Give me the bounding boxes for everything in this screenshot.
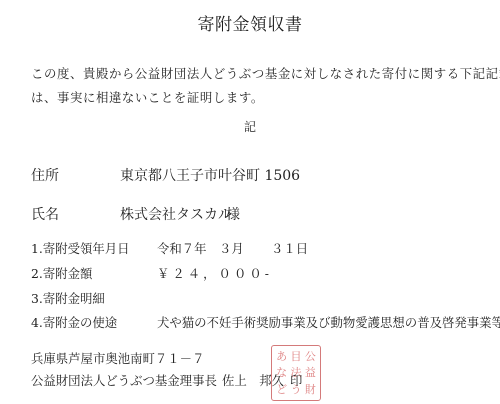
seal-char: ど <box>275 382 288 397</box>
intro-text-line-1: この度、貴殿から公益財団法人どうぶつ基金に対しなされた寄付に関する下記記載の事項 <box>31 64 500 82</box>
item-label-purpose: 4.寄附金の使途 <box>31 313 117 331</box>
name-value: 株式会社タスカル <box>120 204 232 224</box>
item-label-details: 3.寄附金明細 <box>31 289 105 307</box>
seal-char: な <box>275 365 288 380</box>
seal-char: 目 <box>289 349 302 364</box>
amount-value: ￥２４，０００- <box>157 264 272 282</box>
received-date-day: ３１日 <box>271 239 308 257</box>
seal-char: 益 <box>304 365 317 380</box>
purpose-value: 犬や猫の不妊手術奨励事業及び動物愛護思想の普及啓発事業等 <box>157 313 500 331</box>
address-label: 住所 <box>31 165 59 185</box>
seal-char: 財 <box>304 382 317 397</box>
intro-text-line-2: は、事実に相違ないことを証明します。 <box>31 88 264 106</box>
seal-char: あ <box>275 349 288 364</box>
item-label-received-date: 1.寄附受領年月日 <box>31 239 130 257</box>
document-title: 寄附金領収書 <box>0 10 500 35</box>
seal-char: 公 <box>304 349 317 364</box>
received-date-era-year: 令和７年 <box>157 239 207 257</box>
seal-mark-text: 印 <box>290 371 302 389</box>
received-date-month: ３月 <box>219 239 244 257</box>
item-label-amount: 2.寄附金額 <box>31 264 92 282</box>
foundation-title: 公益財団法人どうぶつ基金理事長 <box>31 371 217 389</box>
name-honorific: 様 <box>226 204 240 224</box>
foundation-address: 兵庫県芦屋市奥池南町７１－７ <box>31 349 204 367</box>
ki-heading: 記 <box>0 118 500 135</box>
address-value: 東京都八王子市叶谷町 1506 <box>120 165 300 185</box>
name-label: 氏名 <box>31 204 59 224</box>
